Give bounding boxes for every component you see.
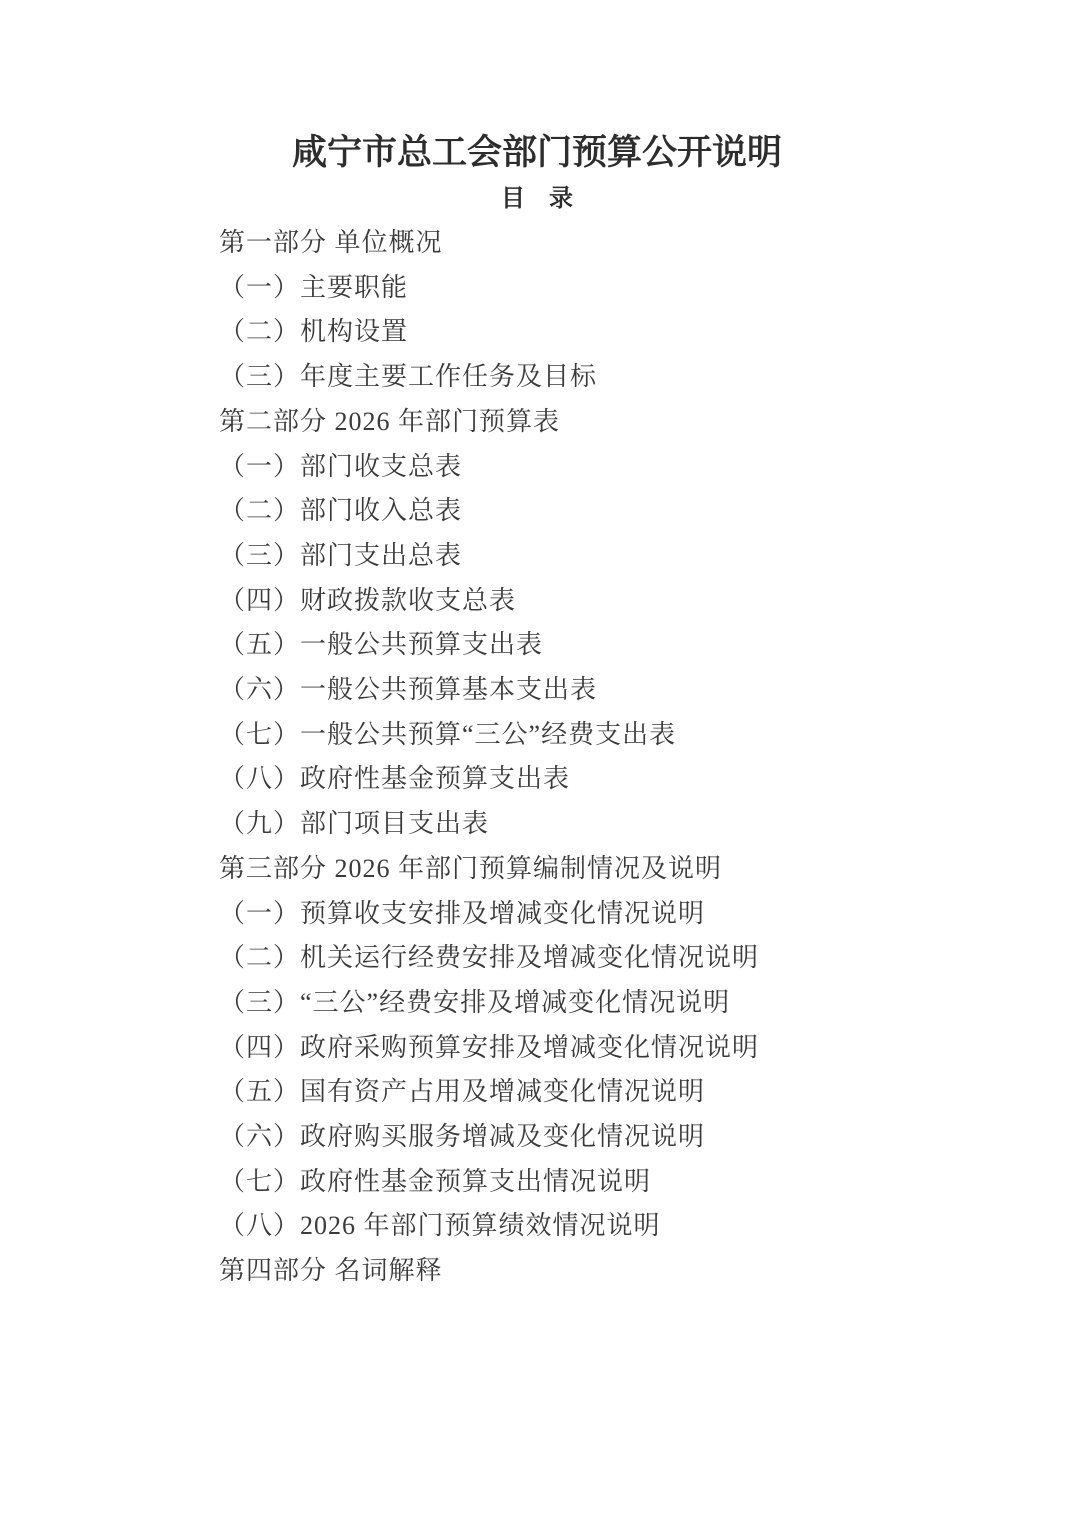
- toc-item: 第三部分 2026 年部门预算编制情况及说明: [219, 847, 1034, 892]
- toc-item: （八）政府性基金预算支出表: [219, 757, 1034, 802]
- toc-item: （六）政府购买服务增减及变化情况说明: [219, 1115, 1034, 1160]
- toc-item: （一）主要职能: [219, 266, 1034, 311]
- toc-item: （二）机构设置: [219, 310, 1034, 355]
- toc-item: 第二部分 2026 年部门预算表: [219, 400, 1034, 445]
- toc-item: （七）一般公共预算“三公”经费支出表: [219, 713, 1034, 758]
- toc-item: （一）预算收支安排及增减变化情况说明: [219, 892, 1034, 937]
- toc-item: （八）2026 年部门预算绩效情况说明: [219, 1204, 1034, 1249]
- document-page: 咸宁市总工会部门预算公开说明 目 录 第一部分 单位概况 （一）主要职能 （二）…: [0, 0, 1074, 1520]
- toc-item: （一）部门收支总表: [219, 445, 1034, 490]
- toc-item: （三）“三公”经费安排及增减变化情况说明: [219, 981, 1034, 1026]
- toc-item: （五）国有资产占用及增减变化情况说明: [219, 1070, 1034, 1115]
- toc-item: 第四部分 名词解释: [219, 1249, 1034, 1294]
- page-title: 咸宁市总工会部门预算公开说明: [0, 133, 1074, 173]
- toc-item: （三）部门支出总表: [219, 534, 1034, 579]
- toc-item: （四）财政拨款收支总表: [219, 579, 1034, 624]
- toc-item: （六）一般公共预算基本支出表: [219, 668, 1034, 713]
- toc-item: 第一部分 单位概况: [219, 221, 1034, 266]
- toc-item: （五）一般公共预算支出表: [219, 623, 1034, 668]
- toc-item: （四）政府采购预算安排及增减变化情况说明: [219, 1026, 1034, 1071]
- toc-item: （三）年度主要工作任务及目标: [219, 355, 1034, 400]
- toc-item: （二）机关运行经费安排及增减变化情况说明: [219, 936, 1034, 981]
- toc-list: 第一部分 单位概况 （一）主要职能 （二）机构设置 （三）年度主要工作任务及目标…: [0, 221, 1074, 1294]
- toc-item: （二）部门收入总表: [219, 489, 1034, 534]
- toc-item: （九）部门项目支出表: [219, 802, 1034, 847]
- toc-item: （七）政府性基金预算支出情况说明: [219, 1160, 1034, 1205]
- toc-heading: 目 录: [0, 185, 1074, 213]
